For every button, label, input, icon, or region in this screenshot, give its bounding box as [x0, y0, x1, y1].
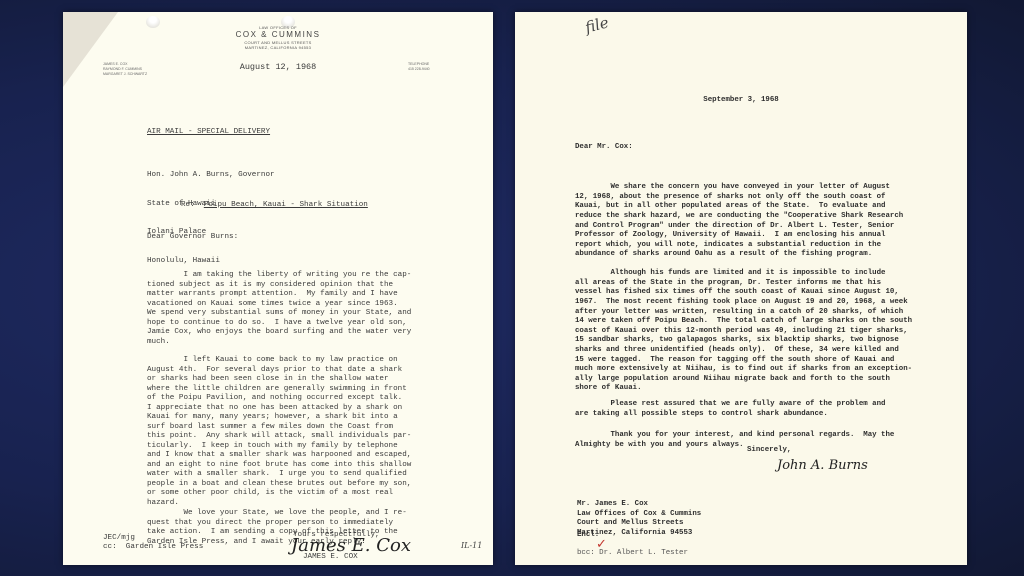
carbon-copy: cc: Garden Isle Press [103, 543, 203, 553]
signature-john-burns: John A. Burns [777, 458, 868, 473]
handwritten-file-note: file [583, 13, 611, 37]
letter-date: August 12, 1968 [63, 63, 493, 73]
salutation: Dear Governor Burns: [147, 233, 238, 243]
letter-burns-to-cox: file September 3, 1968 Dear Mr. Cox: We … [515, 12, 967, 565]
salutation: Dear Mr. Cox: [575, 143, 633, 153]
signer-name: JAMES E. COX [303, 553, 358, 563]
closing: Sincerely, [747, 446, 791, 456]
letterhead-firm-name: COX & CUMMINS [63, 30, 493, 39]
delivery-method: AIR MAIL - SPECIAL DELIVERY [147, 128, 270, 138]
letterhead-city: MARTINEZ, CALIFORNIA 94553 [63, 45, 493, 50]
checkmark-icon: ✓ [596, 537, 607, 552]
letter-date: September 3, 1968 [515, 96, 967, 106]
subject-line: Re: Poipu Beach, Kauai - Shark Situation [181, 201, 368, 211]
file-mark: IL-11 [461, 541, 482, 550]
letter-cox-to-burns: LAW OFFICES OF COX & CUMMINS COURT AND M… [63, 12, 493, 565]
blind-carbon-copy: bcc: Dr. Albert L. Tester [577, 549, 688, 559]
